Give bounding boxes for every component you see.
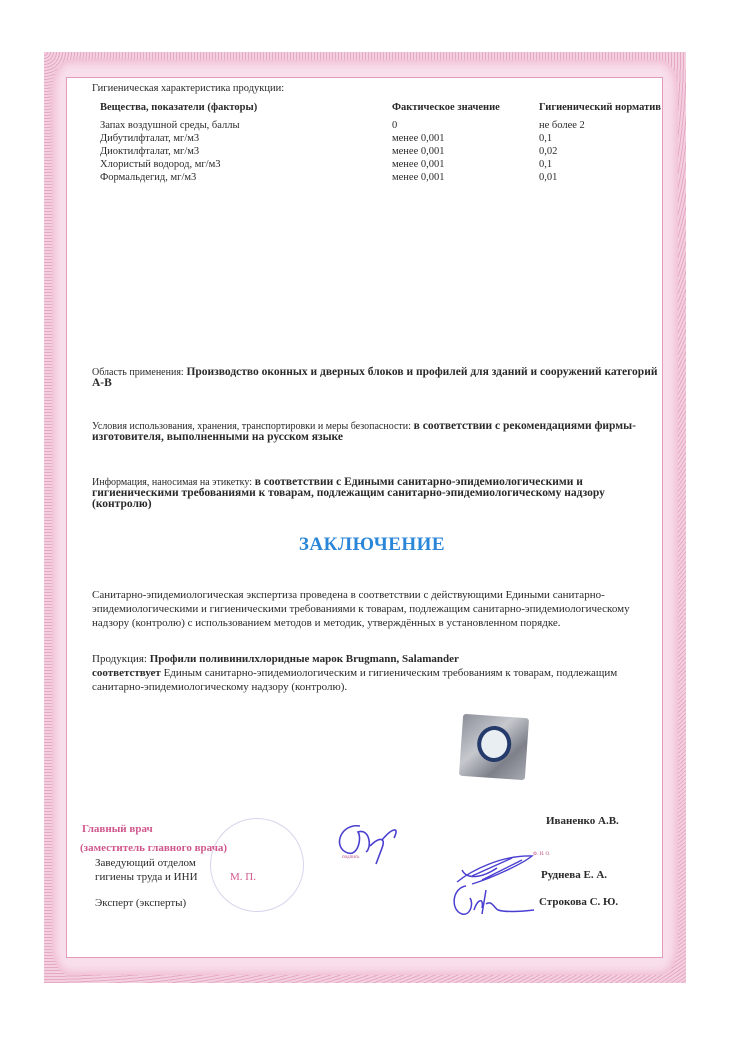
emblem-icon — [476, 725, 512, 763]
hologram-seal — [459, 714, 529, 780]
cell-actual: менее 0,001 — [392, 159, 445, 172]
cell-norm: не более 2 — [539, 120, 585, 133]
expert-label: Эксперт (эксперты) — [95, 897, 186, 909]
cell-substance: Диоктилфталат, мг/м3 — [100, 146, 199, 159]
product-value: Профили поливинилхлоридные марок Brugman… — [150, 653, 459, 665]
application-section: Область применения: Производство оконных… — [92, 367, 662, 389]
signatory-name-1: Иваненко А.В. — [546, 815, 619, 827]
column-header-norm: Гигиенический норматив — [539, 102, 661, 115]
conditions-section: Условия использования, хранения, транспо… — [92, 421, 662, 443]
cell-norm: 0,1 — [539, 133, 552, 146]
dept-head-label-line1: Заведующий отделом — [95, 857, 196, 869]
column-header-substance: Вещества, показатели (факторы) — [100, 102, 257, 115]
column-header-actual: Фактическое значение — [392, 102, 500, 115]
cell-substance: Хлористый водород, мг/м3 — [100, 159, 220, 172]
cell-norm: 0,02 — [539, 146, 557, 159]
cell-substance: Дибутилфталат, мг/м3 — [100, 133, 199, 146]
signatory-name-3: Строкова С. Ю. — [539, 896, 618, 908]
deputy-chief-label: (заместитель главного врача) — [80, 842, 227, 854]
dept-head-label-line2: гигиены труда и ИНИ — [95, 871, 198, 883]
complies-text: Единым санитарно-эпидемиологическим и ги… — [92, 667, 617, 693]
cell-actual: 0 — [392, 120, 397, 133]
hygiene-section-title: Гигиеническая характеристика продукции: — [92, 83, 284, 96]
cell-norm: 0,01 — [539, 172, 557, 185]
cell-actual: менее 0,001 — [392, 146, 445, 159]
cell-substance: Формальдегид, мг/м3 — [100, 172, 196, 185]
conclusion-paragraph: Санитарно-эпидемиологическая экспертиза … — [92, 588, 637, 630]
complies-word: соответствует — [92, 667, 161, 679]
chief-doctor-label: Главный врач — [82, 823, 153, 835]
product-section: Продукция: Профили поливинилхлоридные ма… — [92, 652, 662, 694]
seal-place-label: М. П. — [230, 871, 256, 883]
cell-actual: менее 0,001 — [392, 172, 445, 185]
round-stamp — [210, 818, 304, 912]
conclusion-title: ЗАКЛЮЧЕНИЕ — [0, 534, 744, 556]
product-label: Продукция: — [92, 653, 147, 665]
cell-substance: Запах воздушной среды, баллы — [100, 120, 240, 133]
signatory-name-2: Руднева Е. А. — [541, 869, 607, 881]
cell-norm: 0,1 — [539, 159, 552, 172]
label-info-section: Информация, наносимая на этикетку: в соо… — [92, 477, 662, 510]
cell-actual: менее 0,001 — [392, 133, 445, 146]
